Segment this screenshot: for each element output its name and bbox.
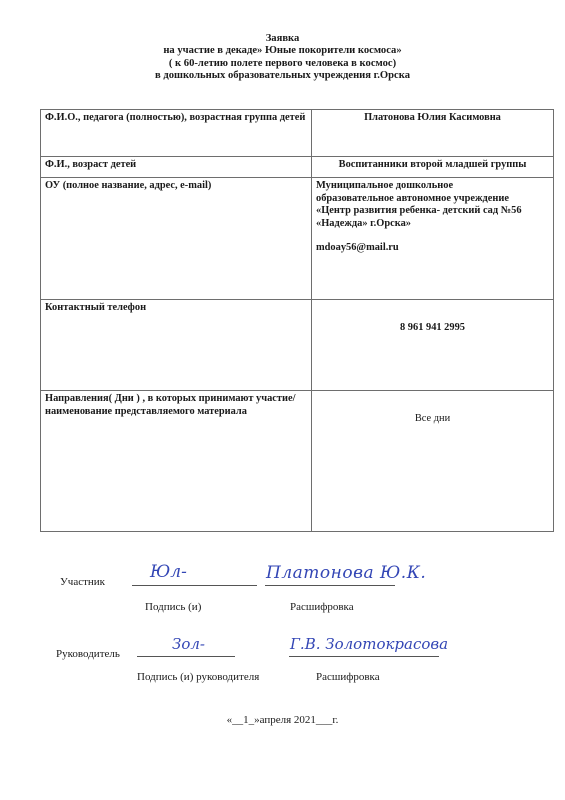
institution-line-3: «Центр развития ребенка- детский сад №56 — [316, 205, 549, 218]
document-title: Заявка — [0, 33, 565, 45]
participant-signature: Юл- — [150, 562, 187, 582]
participant-name-line — [265, 585, 395, 586]
table-row: ОУ (полное название, адрес, e-mail) Муни… — [41, 178, 554, 300]
row-value-directions-cell: Все дни — [312, 391, 554, 532]
head-role-label: Руководитель — [56, 648, 120, 660]
row-value-children: Воспитанники второй младшей группы — [312, 157, 554, 178]
application-table: Ф.И.О., педагога (полностью), возрастная… — [40, 109, 554, 532]
participant-signature-caption: Подпись (и) — [145, 601, 201, 613]
document-heading: Заявка на участие в декаде» Юные покорит… — [0, 33, 565, 83]
participant-role-label: Участник — [60, 576, 105, 588]
institution-line-4: «Надежда» г.Орска» — [316, 218, 549, 231]
row-value-phone: 8 961 941 2995 — [316, 302, 549, 335]
document-subtitle-line-3: в дошкольных образовательных учреждения … — [0, 70, 565, 82]
row-label-children: Ф.И., возраст детей — [41, 157, 312, 178]
head-signature-line — [137, 656, 235, 657]
table-row: Ф.И.О., педагога (полностью), возрастная… — [41, 110, 554, 157]
participant-name-handwritten: Платонова Ю.К. — [266, 563, 426, 583]
participant-signature-line — [132, 585, 257, 586]
row-value-teacher-name: Платонова Юлия Касимовна — [312, 110, 554, 157]
table-row: Контактный телефон 8 961 941 2995 — [41, 300, 554, 391]
row-value-phone-cell: 8 961 941 2995 — [312, 300, 554, 391]
institution-line-2: образовательное автономное учреждение — [316, 193, 549, 206]
row-label-directions: Направления( Дни ) , в которых принимают… — [41, 391, 312, 532]
row-value-institution: Муниципальное дошкольное образовательное… — [312, 178, 554, 300]
row-label-phone: Контактный телефон — [41, 300, 312, 391]
table-row: Направления( Дни ) , в которых принимают… — [41, 391, 554, 532]
head-signature: Зол- — [172, 635, 205, 653]
document-subtitle-line-2: ( к 60-летию полете первого человека в к… — [0, 58, 565, 70]
row-label-teacher-name: Ф.И.О., педагога (полностью), возрастная… — [41, 110, 312, 157]
institution-email: mdoay56@mail.ru — [316, 242, 549, 255]
head-name-caption: Расшифровка — [316, 671, 380, 683]
head-signature-caption: Подпись (и) руководителя — [137, 671, 259, 683]
date-line: «__1_»апреля 2021___г. — [0, 714, 565, 726]
institution-line-1: Муниципальное дошкольное — [316, 180, 549, 193]
head-name-handwritten: Г.В. Золотокрасова — [290, 635, 448, 653]
head-name-line — [289, 656, 439, 657]
row-label-institution: ОУ (полное название, адрес, e-mail) — [41, 178, 312, 300]
table-row: Ф.И., возраст детей Воспитанники второй … — [41, 157, 554, 178]
row-value-directions: Все дни — [316, 393, 549, 426]
participant-name-caption: Расшифровка — [290, 601, 354, 613]
document-subtitle-line-1: на участие в декаде» Юные покорители кос… — [0, 45, 565, 57]
